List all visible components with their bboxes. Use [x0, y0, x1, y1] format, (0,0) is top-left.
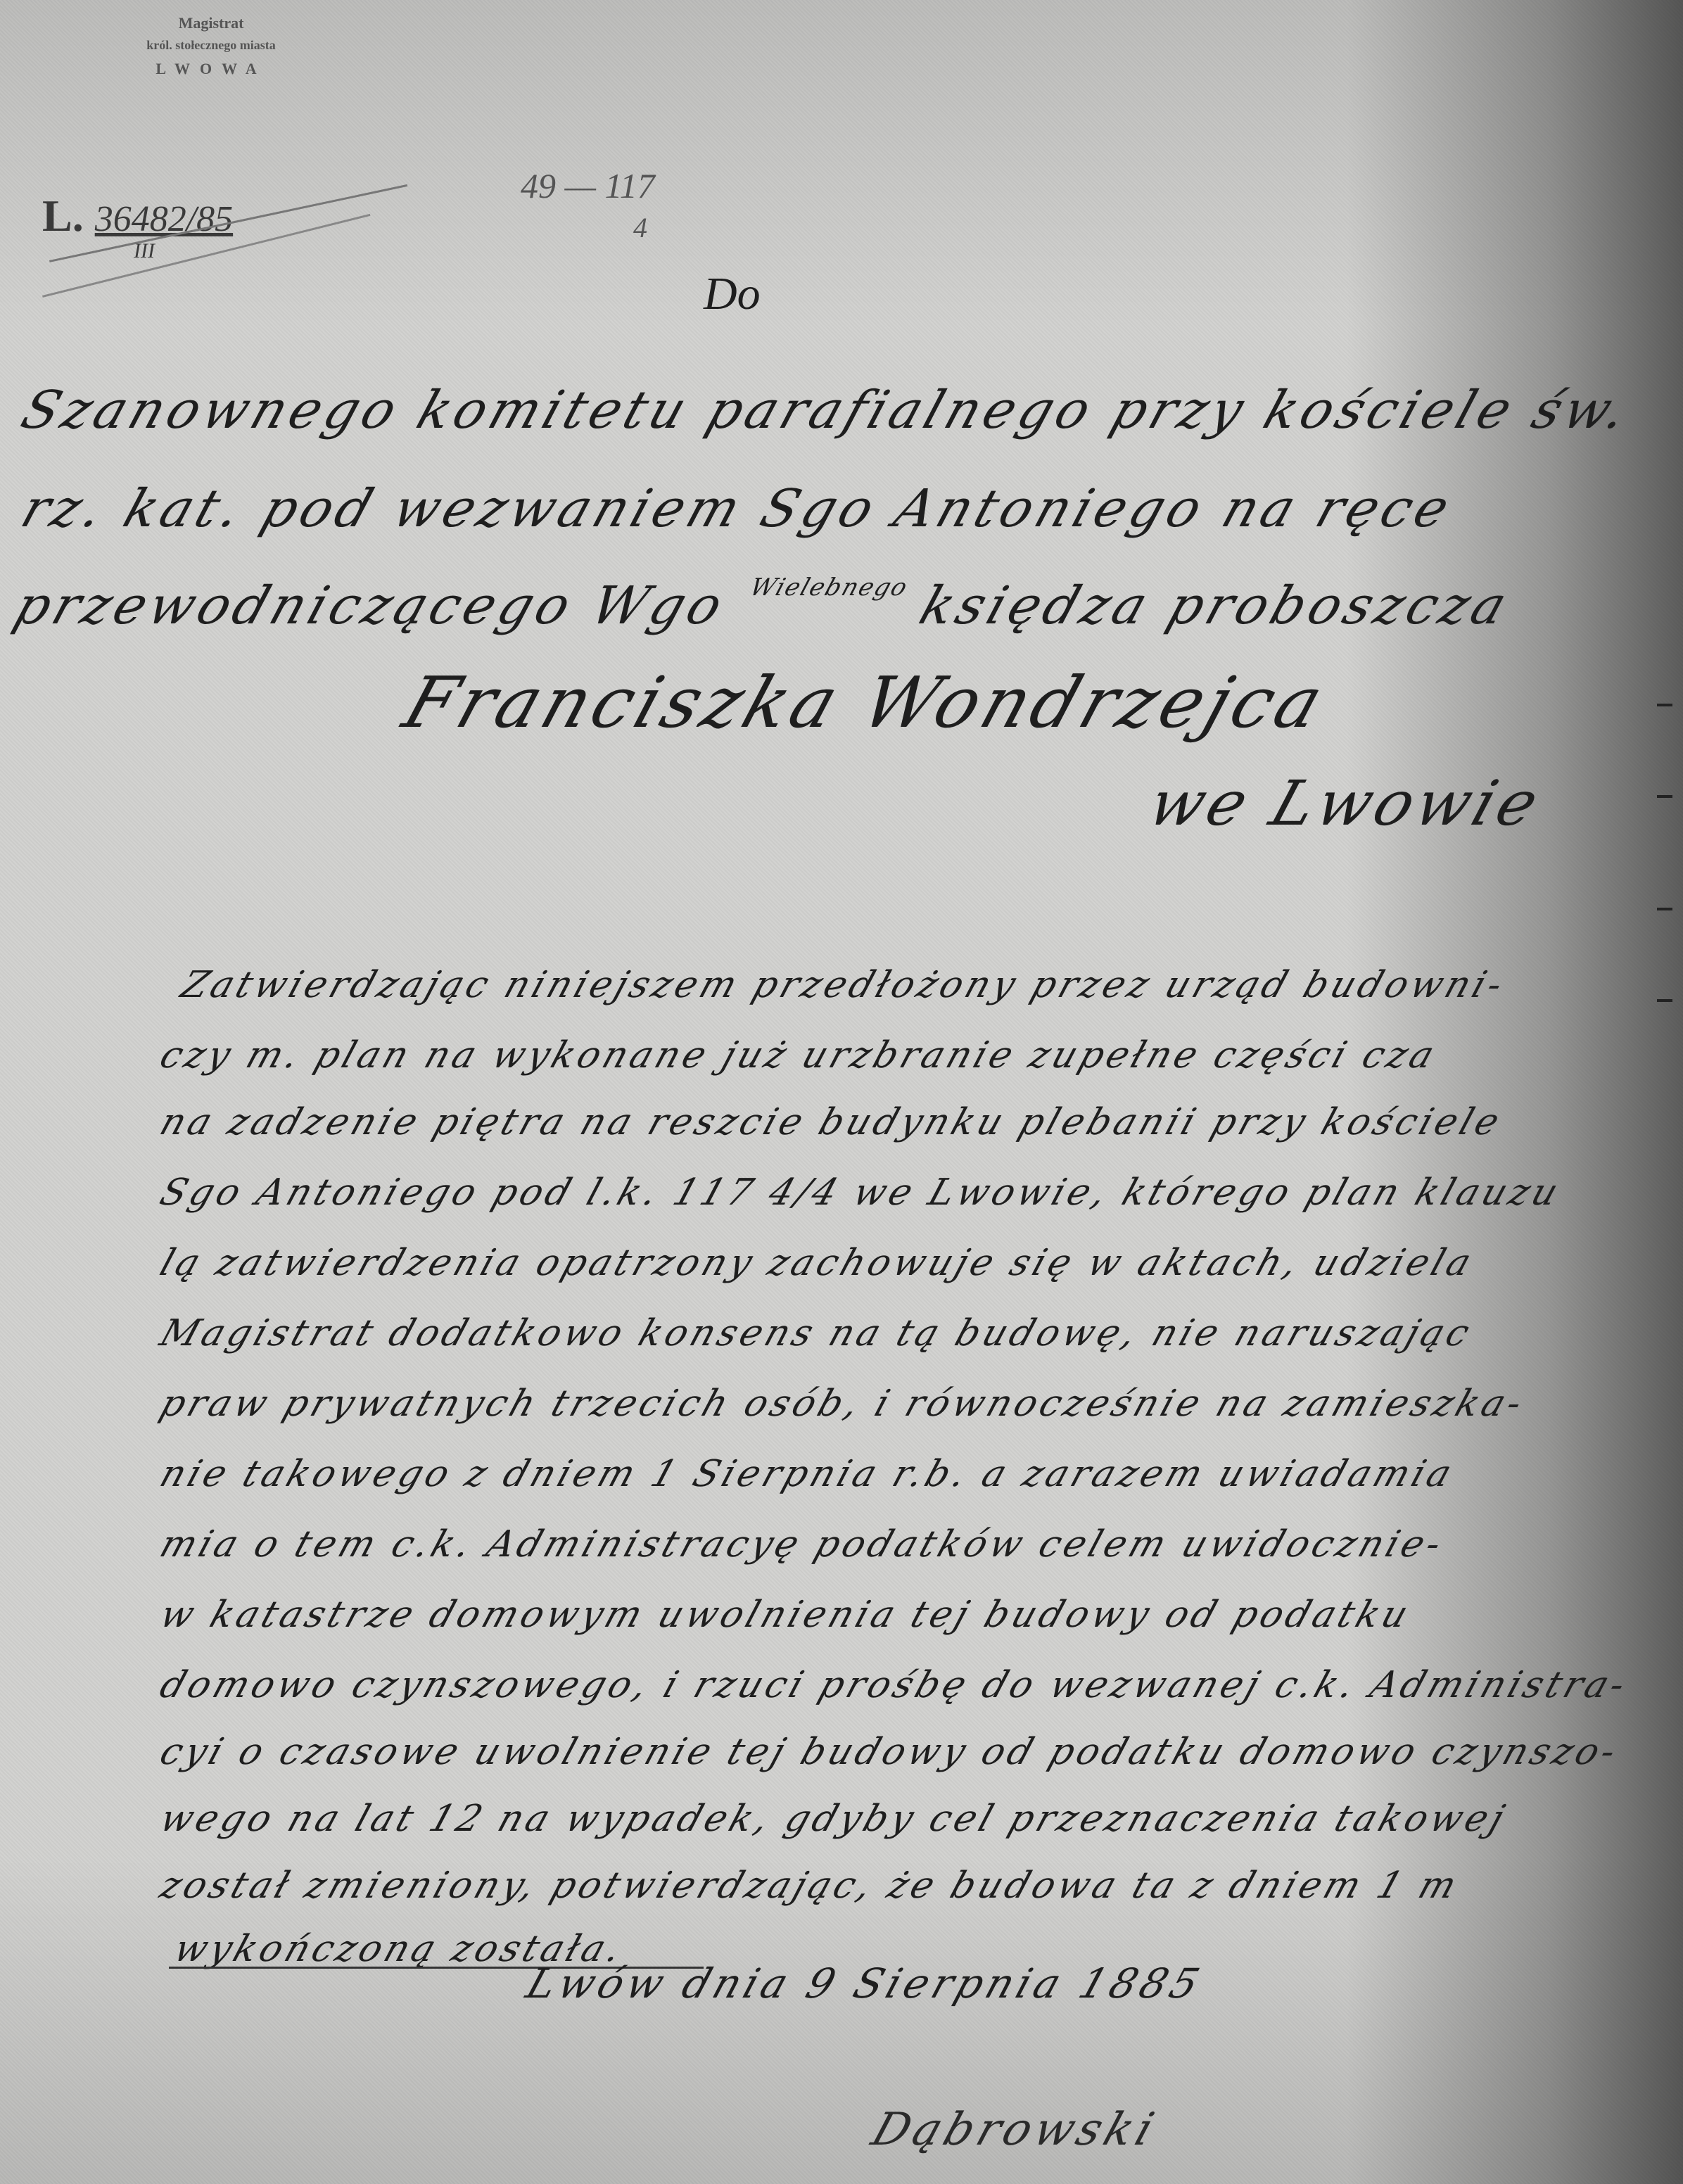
document-page: Magistrat król. stołecznego miasta LWOWA… [0, 0, 1683, 2184]
body-line-7: praw prywatnych trzecich osób, i równocz… [155, 1383, 1530, 1425]
signature: Dąbrowski [865, 2104, 1164, 2156]
body-line-5: lą zatwierdzenia opatrzony zachowuje się… [155, 1242, 1480, 1284]
magistrate-stamp: Magistrat król. stołecznego miasta LWOWA [120, 14, 303, 78]
reference-prefix: L. [42, 191, 84, 241]
body-line-12: cyi o czasowe uwolnienie tej budowy od p… [155, 1731, 1625, 1773]
body-line-3: na zadzenie piętra na reszcie budynku pl… [155, 1101, 1508, 1143]
stamp-line-1: Magistrat [120, 14, 303, 32]
body-line-4: Sgo Antoniego pod l.k. 117 4/4 we Lwowie… [155, 1172, 1567, 1214]
margin-mark [1657, 908, 1672, 910]
side-number-sub: 4 [633, 211, 647, 244]
body-line-8: nie takowego z dniem 1 Sierpnia r.b. a z… [155, 1453, 1460, 1495]
stamp-line-3: LWOWA [120, 60, 303, 78]
margin-mark [1657, 999, 1672, 1002]
addressee-line-2: rz. kat. pod wezwaniem Sgo Antoniego na … [14, 478, 1461, 539]
addressee-role: przewodniczącego [7, 576, 583, 636]
addressee-city: we Lwowie [1140, 767, 1551, 839]
body-line-2: czy m. plan na wykonane już urzbranie zu… [155, 1034, 1442, 1077]
addressee-line-1: Szanownego komitetu parafialnego przy ko… [14, 380, 1639, 440]
closing-date: Lwów dnia 9 Sierpnia 1885 [521, 1960, 1209, 2007]
addressee-title-sup: Wielebnego [747, 573, 912, 602]
margin-mark [1657, 795, 1672, 798]
body-line-14: został zmieniony, potwierdzając, że budo… [155, 1865, 1465, 1907]
margin-mark [1657, 704, 1672, 706]
body-line-9: mia o tem c.k. Administracyę podatków ce… [155, 1523, 1450, 1566]
body-line-11: domowo czynszowego, i rzuci prośbę do we… [155, 1664, 1634, 1706]
addressee-title-abbrev: Wgo [583, 576, 734, 636]
addressee-line-3-tail: księdza proboszcza [913, 576, 1518, 636]
body-line-6: Magistrat dodatkowo konsens na tą budowę… [155, 1312, 1478, 1354]
addressee-line-3: przewodniczącego Wgo Wielebnego księdza … [7, 573, 1519, 636]
stamp-line-2: król. stołecznego miasta [120, 38, 303, 53]
side-number: 49 — 117 [521, 165, 655, 206]
addressee-name: Franciszka Wondrzejca [394, 661, 1337, 744]
body-line-10: w katastrze domowym uwolnienia tej budow… [155, 1594, 1417, 1636]
salutation: Do [704, 267, 761, 321]
body-line-13: wego na lat 12 na wypadek, gdyby cel prz… [155, 1798, 1513, 1840]
body-line-1: Zatwierdzając niniejszem przedłożony prz… [176, 964, 1511, 1006]
